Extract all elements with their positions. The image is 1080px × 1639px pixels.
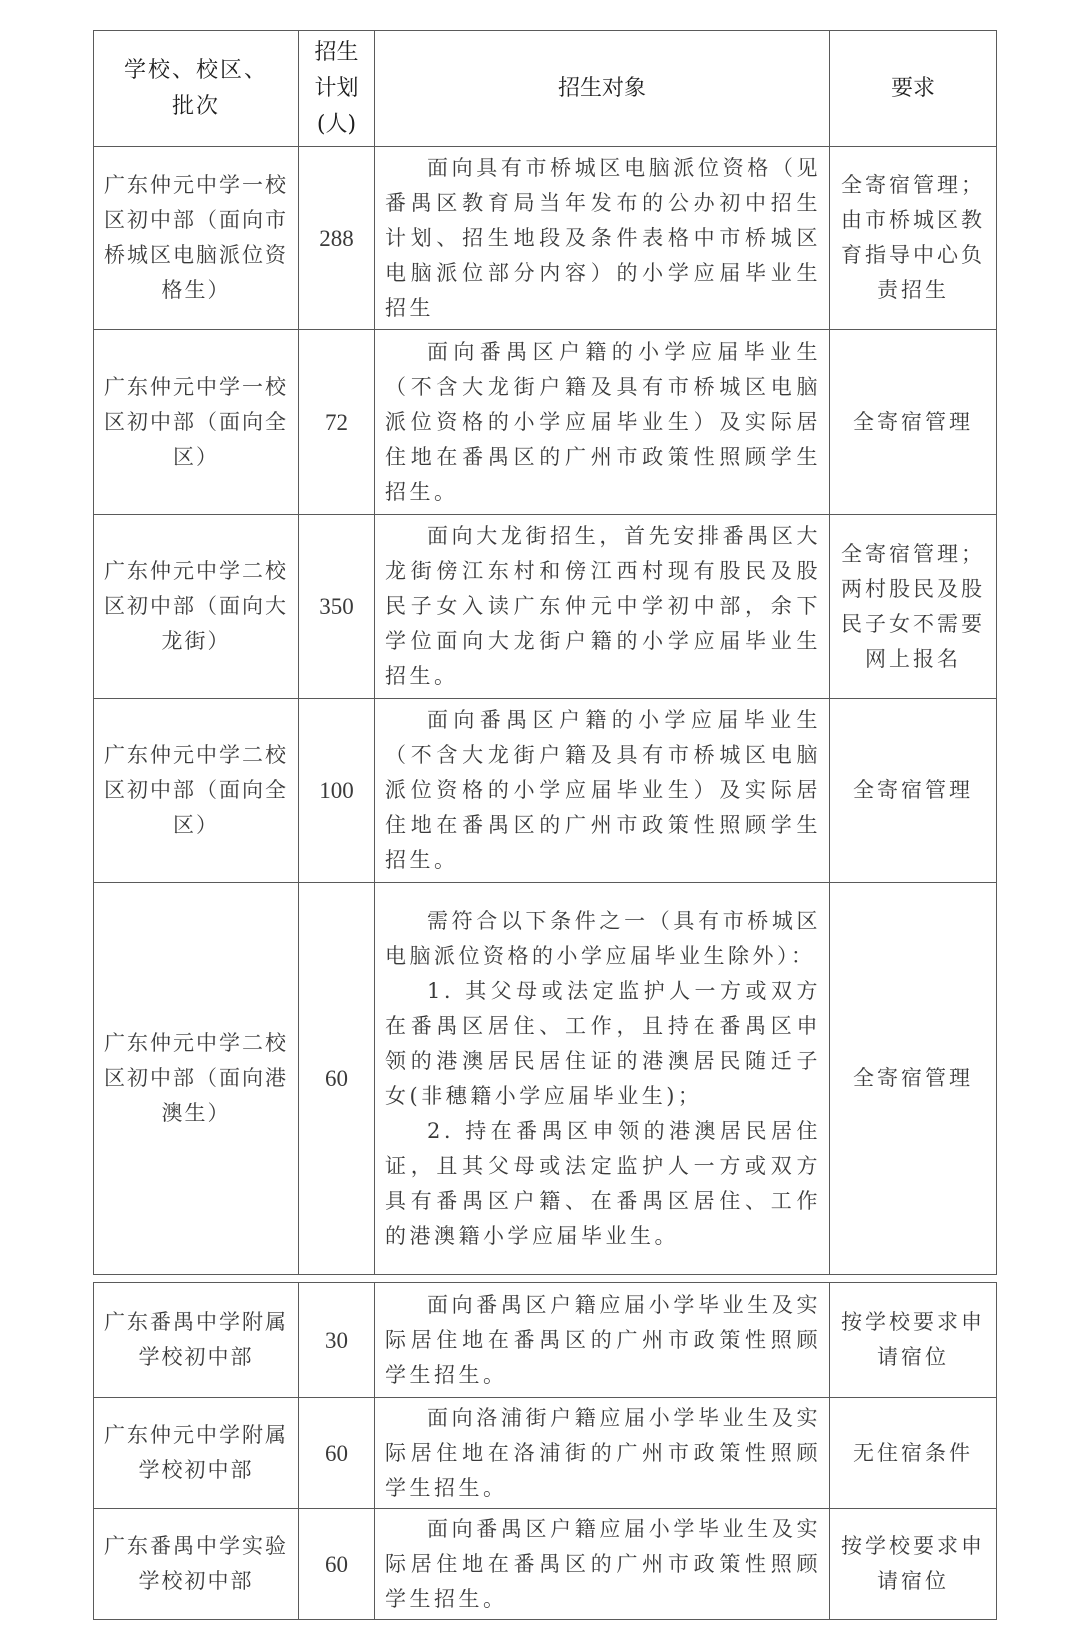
- enrollment-table-part-1: 学校、校区、批次 招生计划(人) 招生对象 要求 广东仲元中学一校区初中部（面向…: [93, 30, 997, 1275]
- table-row: 广东仲元中学一校区初中部（面向市桥城区电脑派位资格生） 288 面向具有市桥城区…: [94, 147, 997, 330]
- plan-cell: 72: [299, 330, 375, 515]
- table-row: 广东仲元中学二校区初中部（面向大龙街） 350 面向大龙街招生，首先安排番禺区大…: [94, 515, 997, 699]
- requirement-cell: 无住宿条件: [830, 1398, 997, 1509]
- requirement-cell: 全寄宿管理；由市桥城区教育指导中心负责招生: [830, 147, 997, 330]
- plan-cell: 60: [299, 1398, 375, 1509]
- table-row: 广东仲元中学附属学校初中部 60 面向洛浦街户籍应届小学毕业生及实际居住地在洛浦…: [94, 1398, 997, 1509]
- requirement-cell: 全寄宿管理: [830, 330, 997, 515]
- target-cell: 面向番禺区户籍的小学应届毕业生（不含大龙街户籍及具有市桥城区电脑派位资格的小学应…: [375, 699, 830, 883]
- requirement-cell: 按学校要求申请宿位: [830, 1283, 997, 1398]
- table-row: 广东番禺中学实验学校初中部 60 面向番禺区户籍应届小学毕业生及实际居住地在番禺…: [94, 1509, 997, 1620]
- requirement-cell: 按学校要求申请宿位: [830, 1509, 997, 1620]
- target-text: 需符合以下条件之一（具有市桥城区电脑派位资格的小学应届毕业生除外）：: [385, 904, 821, 974]
- school-cell: 广东仲元中学一校区初中部（面向市桥城区电脑派位资格生）: [94, 147, 299, 330]
- requirement-cell: 全寄宿管理: [830, 883, 997, 1275]
- table-row: 广东番禺中学附属学校初中部 30 面向番禺区户籍应届小学毕业生及实际居住地在番禺…: [94, 1283, 997, 1398]
- target-text: 面向洛浦街户籍应届小学毕业生及实际居住地在洛浦街的广州市政策性照顾学生招生。: [385, 1401, 821, 1506]
- requirement-cell: 全寄宿管理: [830, 699, 997, 883]
- table-header-row: 学校、校区、批次 招生计划(人) 招生对象 要求: [94, 31, 997, 147]
- table-row: 广东仲元中学一校区初中部（面向全区） 72 面向番禺区户籍的小学应届毕业生（不含…: [94, 330, 997, 515]
- table-row: 广东仲元中学二校区初中部（面向全区） 100 面向番禺区户籍的小学应届毕业生（不…: [94, 699, 997, 883]
- plan-cell: 60: [299, 1509, 375, 1620]
- plan-cell: 60: [299, 883, 375, 1275]
- plan-cell: 30: [299, 1283, 375, 1398]
- requirement-cell: 全寄宿管理；两村股民及股民子女不需要网上报名: [830, 515, 997, 699]
- plan-cell: 350: [299, 515, 375, 699]
- target-cell: 面向番禺区户籍应届小学毕业生及实际居住地在番禺区的广州市政策性照顾学生招生。: [375, 1509, 830, 1620]
- plan-cell: 288: [299, 147, 375, 330]
- school-cell: 广东番禺中学实验学校初中部: [94, 1509, 299, 1620]
- target-text: 面向番禺区户籍的小学应届毕业生（不含大龙街户籍及具有市桥城区电脑派位资格的小学应…: [385, 703, 821, 878]
- plan-cell: 100: [299, 699, 375, 883]
- target-condition-2: 2. 持在番禺区申领的港澳居民居住证，且其父母或法定监护人一方或双方具有番禺区户…: [385, 1114, 821, 1254]
- target-text: 面向番禺区户籍应届小学毕业生及实际居住地在番禺区的广州市政策性照顾学生招生。: [385, 1512, 821, 1617]
- target-text: 面向大龙街招生，首先安排番禺区大龙街傍江东村和傍江西村现有股民及股民子女入读广东…: [385, 519, 821, 694]
- target-cell: 面向洛浦街户籍应届小学毕业生及实际居住地在洛浦街的广州市政策性照顾学生招生。: [375, 1398, 830, 1509]
- table-row: 广东仲元中学二校区初中部（面向港澳生） 60 需符合以下条件之一（具有市桥城区电…: [94, 883, 997, 1275]
- target-cell: 面向番禺区户籍的小学应届毕业生（不含大龙街户籍及具有市桥城区电脑派位资格的小学应…: [375, 330, 830, 515]
- header-target: 招生对象: [375, 31, 830, 147]
- school-cell: 广东仲元中学二校区初中部（面向全区）: [94, 699, 299, 883]
- header-school: 学校、校区、批次: [94, 31, 299, 147]
- target-cell: 面向大龙街招生，首先安排番禺区大龙街傍江东村和傍江西村现有股民及股民子女入读广东…: [375, 515, 830, 699]
- target-text: 面向具有市桥城区电脑派位资格（见番禺区教育局当年发布的公办初中招生计划、招生地段…: [385, 151, 821, 326]
- target-cell: 需符合以下条件之一（具有市桥城区电脑派位资格的小学应届毕业生除外）： 1. 其父…: [375, 883, 830, 1275]
- school-cell: 广东番禺中学附属学校初中部: [94, 1283, 299, 1398]
- target-cell: 面向具有市桥城区电脑派位资格（见番禺区教育局当年发布的公办初中招生计划、招生地段…: [375, 147, 830, 330]
- header-requirement: 要求: [830, 31, 997, 147]
- enrollment-table-part-2: 广东番禺中学附属学校初中部 30 面向番禺区户籍应届小学毕业生及实际居住地在番禺…: [93, 1282, 997, 1620]
- target-condition-1: 1. 其父母或法定监护人一方或双方在番禺区居住、工作，且持在番禺区申领的港澳居民…: [385, 974, 821, 1114]
- school-cell: 广东仲元中学二校区初中部（面向大龙街）: [94, 515, 299, 699]
- school-cell: 广东仲元中学附属学校初中部: [94, 1398, 299, 1509]
- target-cell: 面向番禺区户籍应届小学毕业生及实际居住地在番禺区的广州市政策性照顾学生招生。: [375, 1283, 830, 1398]
- school-cell: 广东仲元中学一校区初中部（面向全区）: [94, 330, 299, 515]
- target-text: 面向番禺区户籍的小学应届毕业生（不含大龙街户籍及具有市桥城区电脑派位资格的小学应…: [385, 335, 821, 510]
- header-plan: 招生计划(人): [299, 31, 375, 147]
- target-text: 面向番禺区户籍应届小学毕业生及实际居住地在番禺区的广州市政策性照顾学生招生。: [385, 1288, 821, 1393]
- school-cell: 广东仲元中学二校区初中部（面向港澳生）: [94, 883, 299, 1275]
